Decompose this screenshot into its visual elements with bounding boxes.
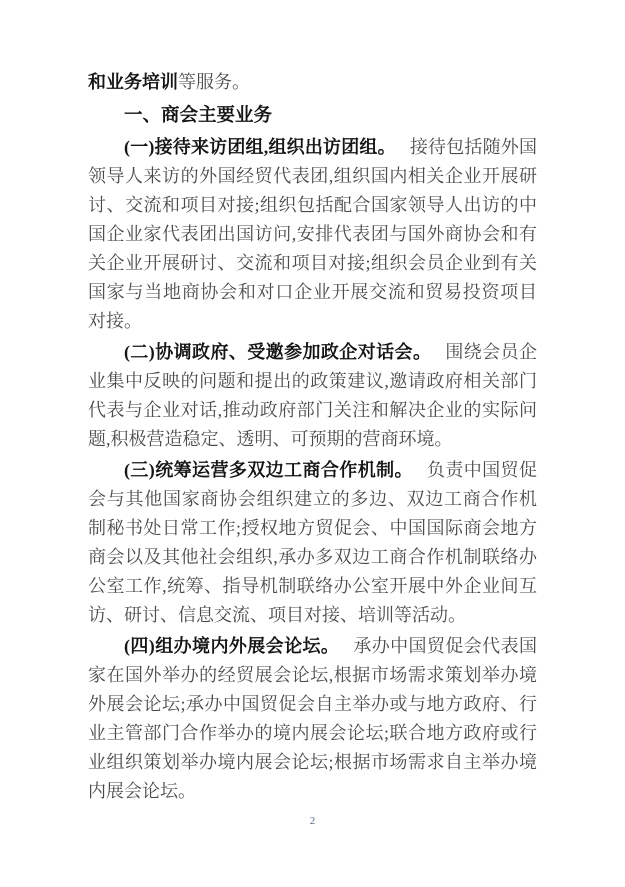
paragraph-3-lead: (三)统筹运营多双边工商合作机制。	[124, 460, 413, 480]
page-number: 2	[0, 814, 625, 828]
paragraph-4-body: 承办中国贸促会代表国家在国外举办的经贸展会论坛,根据市场需求策划举办境外展会论坛…	[88, 636, 537, 801]
intro-regular-text: 等服务。	[178, 72, 250, 92]
paragraph-1-lead: (一)接待来访团组,组织出访团组。	[124, 137, 396, 157]
paragraph-intro: 和业务培训等服务。	[88, 68, 537, 97]
paragraph-1-body: 接待包括随外国领导人来访的外国经贸代表团,组织国内相关企业开展研讨、交流和项目对…	[88, 137, 537, 331]
intro-bold-text: 和业务培训	[88, 72, 178, 92]
paragraph-2-lead: (二)协调政府、受邀参加政企对话会。	[124, 342, 431, 362]
paragraph-4-lead: (四)组办境内外展会论坛。	[124, 636, 339, 656]
paragraph-item-2: (二)协调政府、受邀参加政企对话会。围绕会员企业集中反映的问题和提出的政策建议,…	[88, 338, 537, 454]
paragraph-item-1: (一)接待来访团组,组织出访团组。接待包括随外国领导人来访的外国经贸代表团,组织…	[88, 133, 537, 336]
document-page: 和业务培训等服务。 一、商会主要业务 (一)接待来访团组,组织出访团组。接待包括…	[0, 0, 625, 887]
paragraph-item-4: (四)组办境内外展会论坛。承办中国贸促会代表国家在国外举办的经贸展会论坛,根据市…	[88, 632, 537, 806]
paragraph-item-3: (三)统筹运营多双边工商合作机制。负责中国贸促会与其他国家商协会组织建立的多边、…	[88, 456, 537, 630]
paragraph-3-body: 负责中国贸促会与其他国家商协会组织建立的多边、双边工商合作机制秘书处日常工作;授…	[88, 460, 537, 625]
section-heading: 一、商会主要业务	[88, 102, 537, 131]
document-body: 和业务培训等服务。 一、商会主要业务 (一)接待来访团组,组织出访团组。接待包括…	[88, 68, 537, 806]
